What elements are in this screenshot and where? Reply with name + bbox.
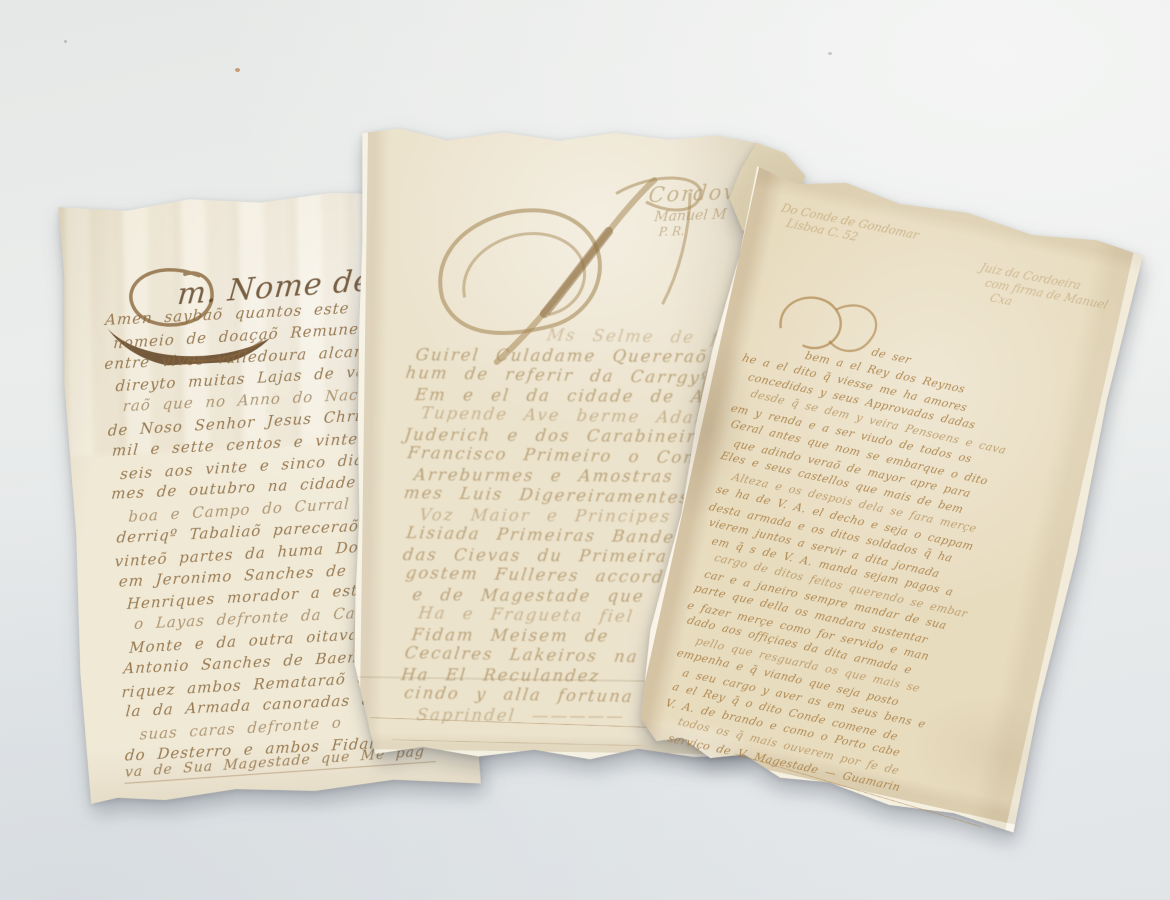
surface-speck (235, 68, 240, 72)
surface-speck (64, 40, 67, 43)
flourish-loop-inner (463, 233, 585, 316)
surface-speck (828, 52, 832, 55)
photograph-of-manuscripts: m. Nome de Deu Amen saybaõ quantos esten… (0, 0, 1170, 900)
